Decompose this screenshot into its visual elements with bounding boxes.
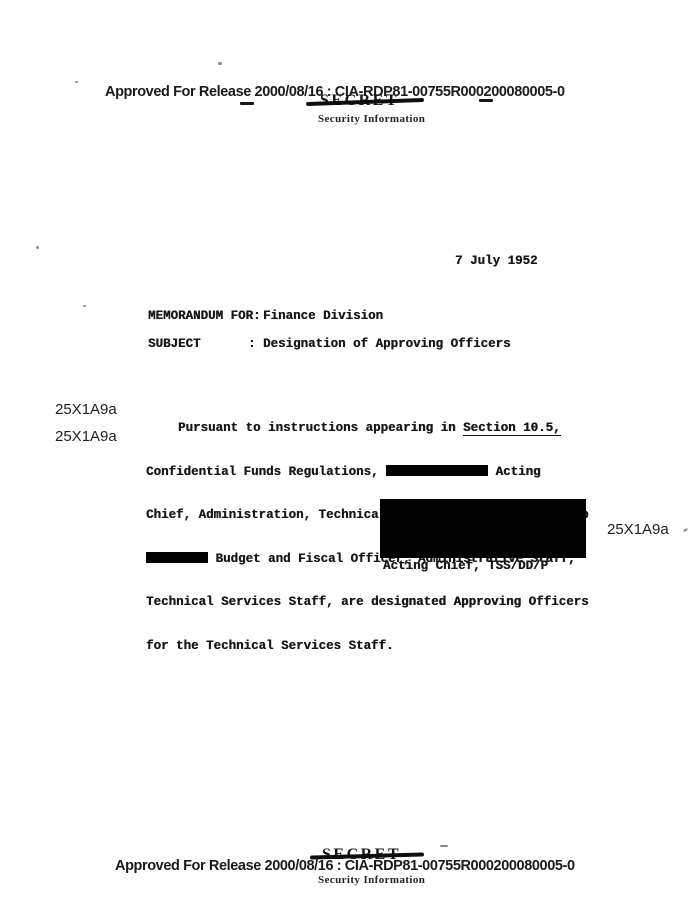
memo-for-label: MEMORANDUM FOR: (148, 309, 261, 323)
scan-speckle (683, 528, 688, 533)
document-page: SECRET Approved For Release 2000/08/16 :… (0, 0, 700, 906)
declassification-code-left-2: 25X1A9a (55, 428, 117, 445)
scan-speckle (440, 845, 448, 847)
subject-value: Designation of Approving Officers (263, 337, 511, 351)
body-line: for the Technical Services Staff. (146, 639, 616, 654)
date-line: 7 July 1952 (455, 254, 538, 268)
declassification-code-left-1: 25X1A9a (55, 401, 117, 418)
body-text: Confidential Funds Regulations, (146, 465, 386, 479)
memo-for-value: Finance Division (263, 309, 383, 323)
signature-title-line: Acting Chief, TSS/DD/P (383, 559, 548, 573)
redaction-box-inline (386, 465, 488, 476)
body-text: Acting (488, 465, 541, 479)
approval-release-line-bottom: Approved For Release 2000/08/16 : CIA-RD… (115, 858, 575, 874)
declassification-code-right: 25X1A9a (607, 521, 669, 538)
body-line: Confidential Funds Regulations, Acting (146, 465, 616, 480)
redaction-box-inline (146, 552, 208, 563)
scan-speckle (75, 81, 78, 83)
subject-colon: : (248, 337, 256, 351)
underlined-citation: Section 10.5, (463, 421, 561, 436)
security-information-line-top: Security Information (318, 113, 425, 125)
scan-speckle (218, 62, 222, 65)
pen-dash-mark (240, 102, 254, 105)
body-line: Pursuant to instructions appearing in Se… (146, 421, 616, 436)
body-line: Technical Services Staff, are designated… (146, 595, 616, 610)
security-information-line-bottom: Security Information (318, 874, 425, 886)
subject-label: SUBJECT (148, 337, 201, 351)
approval-release-line-top: Approved For Release 2000/08/16 : CIA-RD… (105, 84, 565, 100)
scan-speckle (83, 305, 86, 307)
scan-speckle (36, 246, 39, 249)
redaction-box-signature (380, 499, 586, 558)
body-text: Pursuant to instructions appearing in (178, 421, 463, 435)
